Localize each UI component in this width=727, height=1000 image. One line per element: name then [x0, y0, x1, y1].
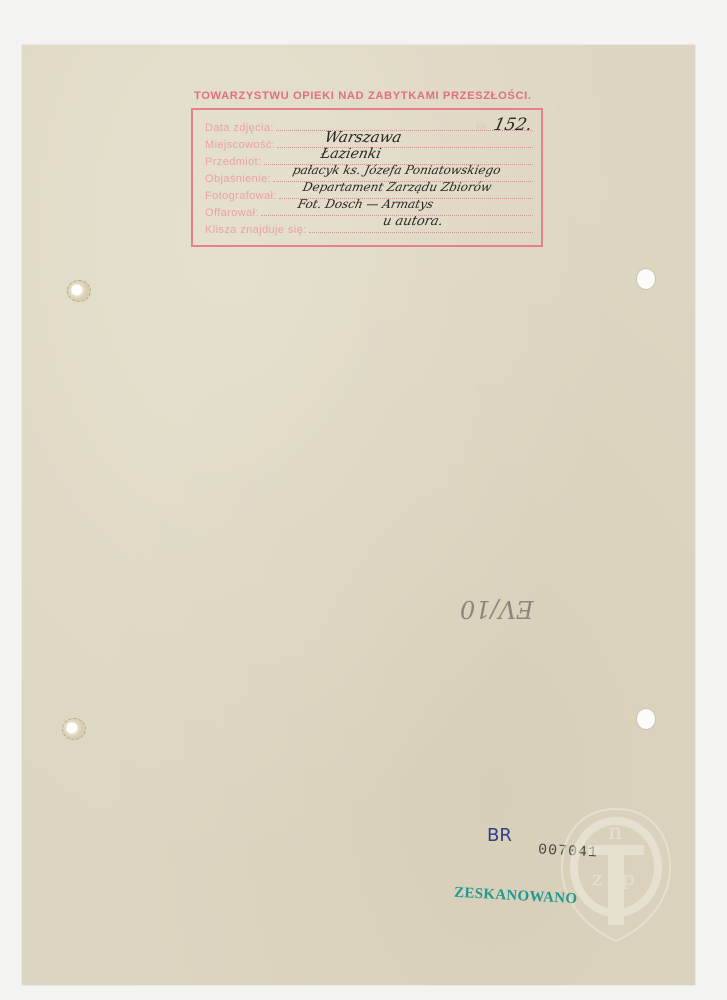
pencil-annotation: EV/10	[460, 595, 533, 623]
svg-text:p: p	[622, 866, 635, 890]
br-ink-mark: BR	[487, 825, 512, 846]
handwritten-description: pałacyk ks. Józefa Poniatowskiego	[292, 163, 503, 177]
handwritten-number: 152.	[492, 115, 534, 135]
nzp-watermark-icon: n z p	[556, 805, 676, 945]
handwritten-object: Łazienki	[319, 146, 382, 162]
catalog-stamp-box: Data zdjęcia: № 152. Miejscowość: Warsza…	[191, 108, 543, 247]
handwritten-photographer: Departament Zarządu Zbiorów	[302, 180, 493, 194]
punch-hole-bottom-right	[636, 708, 656, 730]
number-label: №	[476, 122, 487, 133]
svg-text:n: n	[608, 820, 622, 845]
stamp-header: TOWARZYSTWU OPIEKI NAD ZABYTKAMI PRZESZŁ…	[194, 90, 559, 102]
svg-text:z: z	[592, 866, 603, 890]
field-label: Data zdjęcia:	[205, 122, 274, 134]
field-negative-location: Klisza znajduje się:	[205, 220, 533, 236]
punch-hole-top-right	[636, 268, 656, 290]
torn-punch-hole-top-left	[67, 280, 91, 302]
torn-punch-hole-bottom-left	[62, 718, 86, 740]
handwritten-donor: Fot. Dosch — Armatys	[297, 197, 435, 211]
handwritten-location: Warszawa	[323, 128, 403, 146]
handwritten-negative-location: u autora.	[381, 214, 444, 229]
